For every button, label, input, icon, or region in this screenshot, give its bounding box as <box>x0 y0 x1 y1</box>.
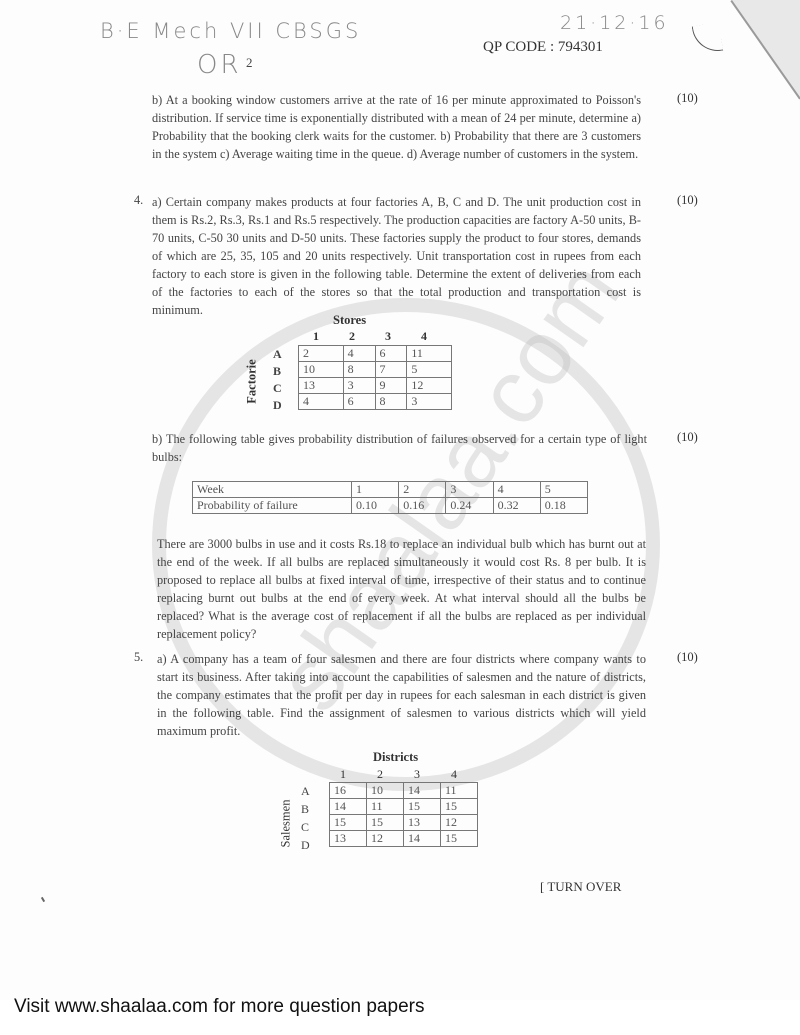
row-label: Week <box>193 482 352 498</box>
column-label: 3 <box>414 767 420 782</box>
row-label: B <box>273 364 281 379</box>
table-cell: 0.10 <box>352 498 399 514</box>
table-cell: 14 <box>404 783 441 799</box>
salesmen-row-title: Salesmen <box>278 800 293 848</box>
question-4a-text: a) Certain company makes products at fou… <box>152 193 641 319</box>
table-row: 133912 <box>299 378 452 394</box>
table-cell: 12 <box>367 831 404 847</box>
question-3b-text: b) At a booking window customers arrive … <box>152 91 641 163</box>
table-row: 24611 <box>299 346 452 362</box>
table-cell: 15 <box>404 799 441 815</box>
table-cell: 14 <box>330 799 367 815</box>
table-cell: 11 <box>441 783 478 799</box>
table-row: 10875 <box>299 362 452 378</box>
table-cell: 15 <box>330 815 367 831</box>
question-4b-marks: (10) <box>677 430 698 445</box>
handwritten-date: 21·12·16 <box>560 12 669 34</box>
table-cell: 3 <box>343 378 375 394</box>
question-4b-details: There are 3000 bulbs in use and it costs… <box>157 535 646 643</box>
table-row: 14111515 <box>330 799 478 815</box>
table-cell: 5 <box>407 362 452 378</box>
transportation-cost-table: 24611108751339124683 <box>298 345 452 410</box>
table-cell: 14 <box>404 831 441 847</box>
column-label: 2 <box>349 329 355 344</box>
salesmen-profit-table: 16101411141115151515131213121415 <box>329 782 478 847</box>
stores-column-title: Stores <box>333 313 366 328</box>
table-cell: 11 <box>407 346 452 362</box>
table-cell: 0.18 <box>540 498 587 514</box>
table-cell: 1 <box>352 482 399 498</box>
column-label: 1 <box>340 767 346 782</box>
table-cell: 6 <box>375 346 407 362</box>
table-cell: 10 <box>299 362 344 378</box>
table-cell: 4 <box>343 346 375 362</box>
row-label: A <box>301 784 310 799</box>
districts-column-title: Districts <box>373 750 418 765</box>
column-label: 4 <box>421 329 427 344</box>
question-4b-text: b) The following table gives probability… <box>152 430 647 466</box>
row-label: C <box>273 381 282 396</box>
table-cell: 13 <box>404 815 441 831</box>
table-cell: 3 <box>446 482 493 498</box>
table-cell: 8 <box>375 394 407 410</box>
table-cell: 3 <box>407 394 452 410</box>
row-label: A <box>273 347 282 362</box>
scan-speck <box>41 897 45 902</box>
table-row: 16101411 <box>330 783 478 799</box>
table-cell: 13 <box>299 378 344 394</box>
table-cell: 4 <box>493 482 540 498</box>
row-label: D <box>273 398 282 413</box>
table-cell: 0.16 <box>399 498 446 514</box>
table-cell: 5 <box>540 482 587 498</box>
staple-mark-icon <box>692 22 724 55</box>
handwritten-or: OR <box>197 50 242 80</box>
question-4a-marks: (10) <box>677 193 698 208</box>
factories-row-title: Factorie <box>245 359 260 403</box>
table-cell: 0.32 <box>493 498 540 514</box>
question-5a-text: a) A company has a team of four salesmen… <box>157 650 646 740</box>
row-label: D <box>301 838 310 853</box>
table-cell: 2 <box>299 346 344 362</box>
table-cell: 9 <box>375 378 407 394</box>
table-cell: 15 <box>441 831 478 847</box>
question-5-number: 5. <box>134 650 143 665</box>
table-cell: 6 <box>343 394 375 410</box>
row-label: Probability of failure <box>193 498 352 514</box>
table-cell: 8 <box>343 362 375 378</box>
turn-over-note: [ TURN OVER <box>540 879 621 895</box>
page-number: 2 <box>246 55 253 71</box>
table-cell: 7 <box>375 362 407 378</box>
table-cell: 4 <box>299 394 344 410</box>
table-cell: 16 <box>330 783 367 799</box>
table-row: Probability of failure0.100.160.240.320.… <box>193 498 588 514</box>
question-3b-marks: (10) <box>677 91 698 106</box>
column-label: 1 <box>313 329 319 344</box>
table-cell: 11 <box>367 799 404 815</box>
table-cell: 13 <box>330 831 367 847</box>
table-cell: 0.24 <box>446 498 493 514</box>
bulb-failure-probability-table: Week12345Probability of failure0.100.160… <box>192 481 588 514</box>
column-label: 2 <box>377 767 383 782</box>
footer-visit-link[interactable]: Visit www.shaalaa.com for more question … <box>14 996 424 1018</box>
row-label: B <box>301 802 309 817</box>
question-paper-page: shaalaa.com B·E Mech VII CBSGS 21·12·16 … <box>0 0 800 1000</box>
question-5a-marks: (10) <box>677 650 698 665</box>
handwritten-course-note: B·E Mech VII CBSGS <box>100 19 361 43</box>
table-cell: 15 <box>367 815 404 831</box>
column-label: 4 <box>451 767 457 782</box>
row-label: C <box>301 820 309 835</box>
question-4-number: 4. <box>134 193 143 208</box>
table-row: 4683 <box>299 394 452 410</box>
table-cell: 15 <box>441 799 478 815</box>
table-row: 15151312 <box>330 815 478 831</box>
column-label: 3 <box>385 329 391 344</box>
table-cell: 12 <box>407 378 452 394</box>
table-row: 13121415 <box>330 831 478 847</box>
table-cell: 12 <box>441 815 478 831</box>
table-cell: 10 <box>367 783 404 799</box>
qp-code: QP CODE : 794301 <box>483 39 603 56</box>
table-cell: 2 <box>399 482 446 498</box>
table-row: Week12345 <box>193 482 588 498</box>
